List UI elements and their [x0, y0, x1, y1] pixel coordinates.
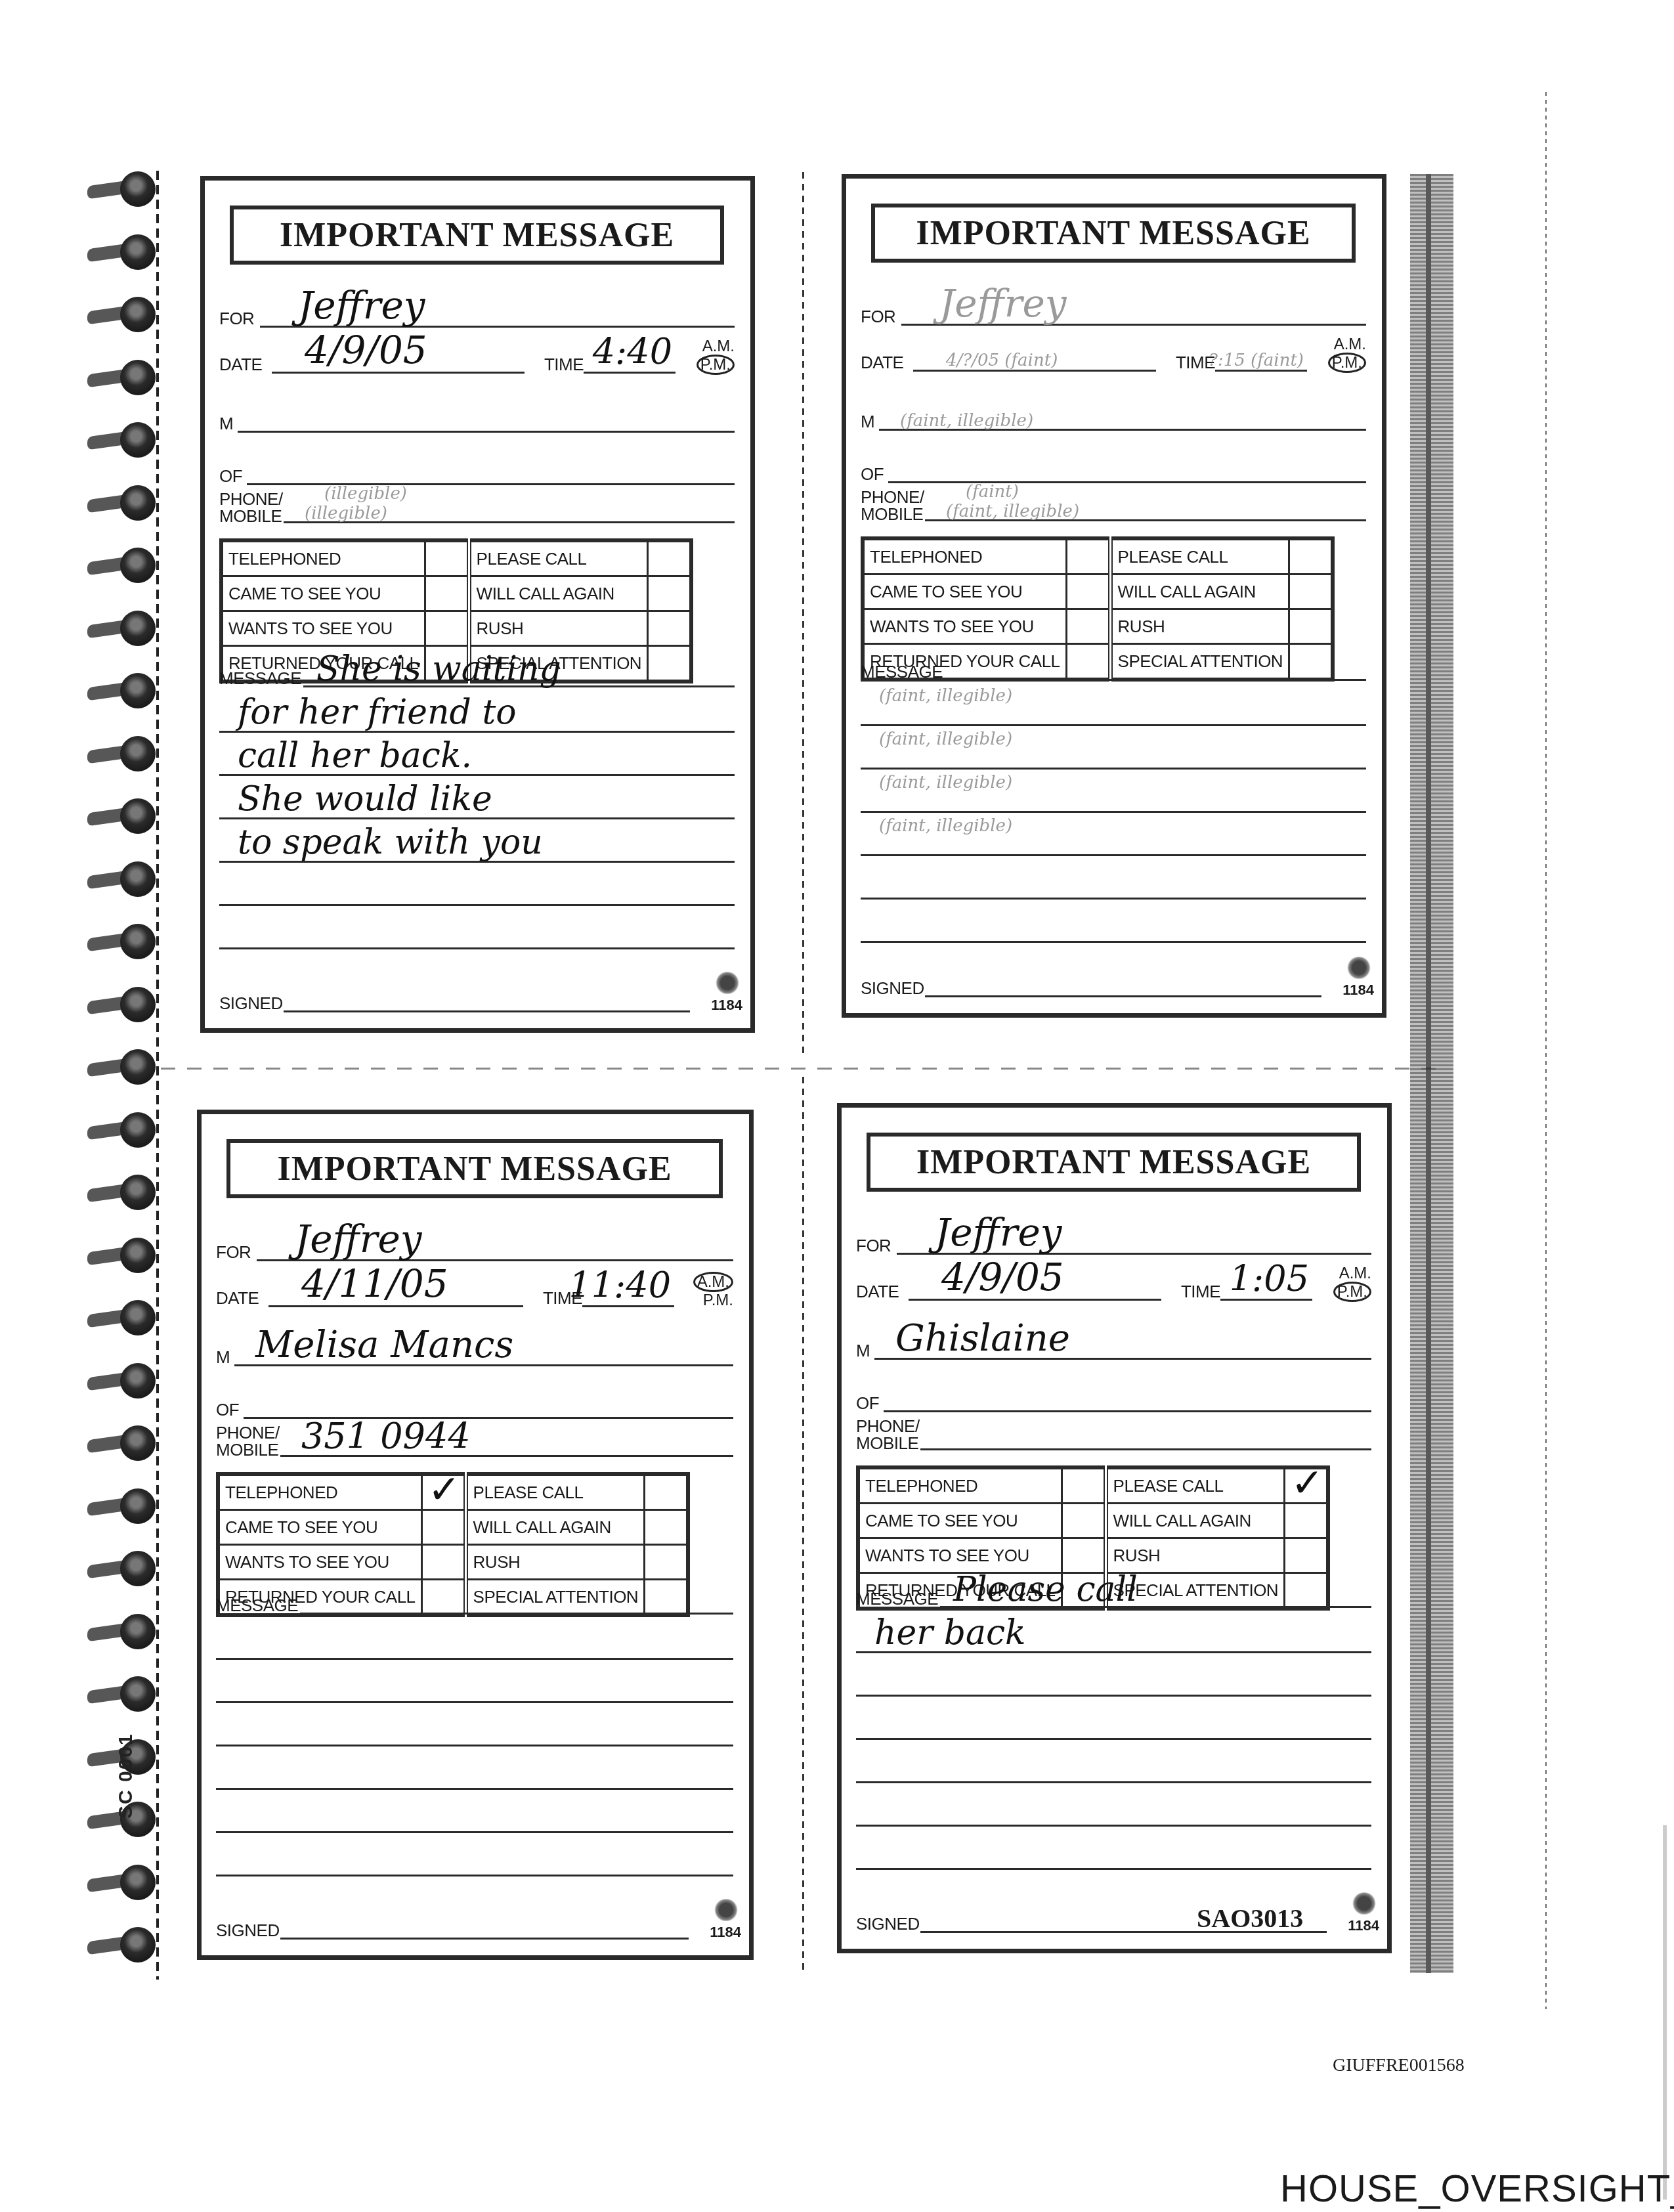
- checkbox-wants-to-see-you[interactable]: [425, 611, 469, 646]
- phone-value: (illegible): [305, 504, 387, 523]
- am-pm-indicator: A.M. P.M.: [1328, 336, 1366, 373]
- bates-giuffre: GIUFFRE001568: [1333, 2055, 1465, 2076]
- option-label: WILL CALL AGAIN: [1105, 1504, 1285, 1538]
- phone-field: PHONE/MOBILE 351 0944: [216, 1415, 733, 1461]
- slip-title: IMPORTANT MESSAGE: [280, 216, 674, 255]
- phone-mobile-label: PHONE/MOBILE: [216, 1424, 280, 1458]
- m-value: Melisa Mancs: [255, 1324, 513, 1366]
- pm-label: P.M.: [1328, 353, 1366, 373]
- message-rule: [856, 1695, 1371, 1697]
- checkbox-wants-to-see-you[interactable]: [421, 1545, 465, 1580]
- spiral-ring-icon: [82, 607, 161, 649]
- option-label: CAME TO SEE YOU: [863, 575, 1066, 609]
- slip-title: IMPORTANT MESSAGE: [916, 1143, 1311, 1182]
- for-label: FOR: [856, 1236, 891, 1256]
- phone-field: PHONE/MOBILE: [856, 1408, 1371, 1454]
- spiral-ring-icon: [82, 1045, 161, 1087]
- checkmark-icon: ✓: [428, 1473, 461, 1506]
- message-slip-top-left: IMPORTANT MESSAGE FOR Jeffrey DATE 4/9/0…: [200, 176, 755, 1033]
- signed-field: SIGNED: [219, 977, 735, 1016]
- spiral-ring-icon: [82, 1359, 161, 1401]
- option-row: WANTS TO SEE YOURUSH: [221, 611, 691, 646]
- message-text-line: (faint, illegible): [879, 816, 1012, 836]
- phone-value: (faint, illegible): [946, 502, 1079, 521]
- option-row: TELEPHONEDPLEASE CALL✓: [858, 1467, 1328, 1504]
- for-label: FOR: [219, 309, 254, 329]
- checkbox-came-to-see-you[interactable]: [425, 576, 469, 611]
- am-label: A.M.: [1333, 1265, 1371, 1282]
- slip-header: IMPORTANT MESSAGE: [230, 206, 724, 265]
- spiral-ring-icon: [82, 732, 161, 774]
- form-number: 1184: [1348, 1917, 1379, 1934]
- printer-logo-icon: [715, 972, 740, 994]
- m-field: M: [219, 397, 735, 437]
- checkmark-icon: ✓: [1291, 1467, 1323, 1500]
- checkbox-telephoned[interactable]: [1062, 1467, 1105, 1504]
- option-label: WANTS TO SEE YOU: [858, 1538, 1062, 1573]
- checkbox-telephoned[interactable]: [425, 540, 469, 576]
- message-text-line: to speak with you: [238, 823, 543, 862]
- date-label: DATE: [216, 1288, 259, 1309]
- signed-label: SIGNED: [219, 993, 283, 1014]
- message-label: MESSAGE: [861, 662, 943, 682]
- option-label: RUSH: [1110, 609, 1289, 644]
- spiral-ring-icon: [82, 669, 161, 711]
- checkbox-please-call[interactable]: [1289, 538, 1333, 575]
- message-rule: [861, 768, 1366, 770]
- binding-edge-line: [156, 171, 159, 1980]
- option-row: CAME TO SEE YOUWILL CALL AGAIN: [221, 576, 691, 611]
- option-label: PLEASE CALL: [465, 1474, 645, 1510]
- date-value: 4/9/05: [305, 328, 427, 372]
- spiral-ring-icon: [82, 1234, 161, 1276]
- checkbox-came-to-see-you[interactable]: [421, 1510, 465, 1545]
- date-value: 4/?/05 (faint): [946, 351, 1058, 370]
- message-label-row: MESSAGE: [216, 1579, 733, 1618]
- message-rule: [861, 724, 1366, 726]
- message-rule: [216, 1788, 733, 1790]
- message-label: MESSAGE: [216, 1595, 298, 1616]
- spiral-ring-icon: [82, 1610, 161, 1652]
- spiral-ring-icon: [82, 1547, 161, 1589]
- option-label: CAME TO SEE YOU: [218, 1510, 421, 1545]
- slip-title: IMPORTANT MESSAGE: [916, 214, 1310, 253]
- option-row: CAME TO SEE YOUWILL CALL AGAIN: [218, 1510, 688, 1545]
- spiral-ring-icon: [82, 1296, 161, 1338]
- spiral-binding: [82, 167, 161, 1980]
- option-label: TELEPHONED: [221, 540, 425, 576]
- option-label: TELEPHONED: [863, 538, 1066, 575]
- option-label: PLEASE CALL: [1110, 538, 1289, 575]
- checkbox-will-call-again[interactable]: [648, 576, 692, 611]
- option-row: CAME TO SEE YOUWILL CALL AGAIN: [858, 1504, 1328, 1538]
- printer-logo-icon: [1346, 957, 1371, 979]
- slip-header: IMPORTANT MESSAGE: [226, 1139, 723, 1198]
- pm-label: P.M.: [1333, 1282, 1371, 1302]
- message-text-line: call her back.: [238, 736, 472, 775]
- phone-mobile-label: PHONE/MOBILE: [856, 1418, 920, 1452]
- printer-logo-icon: [1352, 1892, 1377, 1915]
- message-rule: [861, 811, 1366, 813]
- form-number: 1184: [711, 997, 742, 1014]
- printer-logo-icon: [714, 1899, 739, 1921]
- message-rule: [216, 1658, 733, 1660]
- option-label: CAME TO SEE YOU: [858, 1504, 1062, 1538]
- signed-field: SIGNED: [861, 962, 1366, 1001]
- time-value: 4:40: [593, 331, 672, 372]
- spiral-ring-icon: [82, 920, 161, 962]
- date-label: DATE: [219, 355, 262, 375]
- option-label: WANTS TO SEE YOU: [221, 611, 425, 646]
- date-time-field: DATE 4/9/05 TIME 1:05 A.M. P.M.: [856, 1265, 1371, 1305]
- for-label: FOR: [861, 307, 895, 327]
- m-value: (faint, illegible): [900, 411, 1033, 431]
- scan-edge-line: [1545, 92, 1547, 2009]
- message-rule: [856, 1868, 1371, 1870]
- message-slip-bottom-right: IMPORTANT MESSAGE FOR Jeffrey DATE 4/9/0…: [837, 1103, 1392, 1953]
- spiral-ring-icon: [82, 983, 161, 1025]
- spiral-ring-icon: [82, 293, 161, 335]
- scan-edge-bar: [1663, 1825, 1667, 2200]
- message-rule: [861, 941, 1366, 943]
- m-value: Ghislaine: [895, 1317, 1070, 1360]
- m-label: M: [856, 1341, 870, 1361]
- option-label: RUSH: [465, 1545, 645, 1580]
- option-label: PLEASE CALL: [1105, 1467, 1285, 1504]
- spiral-ring-icon: [82, 481, 161, 523]
- option-label: PLEASE CALL: [469, 540, 648, 576]
- option-label: WILL CALL AGAIN: [1110, 575, 1289, 609]
- m-field: M (faint, illegible): [861, 395, 1366, 435]
- date-label: DATE: [861, 353, 903, 373]
- for-field: FOR Jeffrey: [219, 292, 735, 332]
- signed-field: SIGNED: [216, 1904, 733, 1943]
- signed-label: SIGNED: [856, 1914, 920, 1934]
- checkbox-please-call[interactable]: ✓: [1285, 1467, 1329, 1504]
- horizontal-perforation: [161, 1068, 1448, 1070]
- date-value: 4/11/05: [301, 1261, 448, 1306]
- for-field: FOR Jeffrey: [861, 290, 1366, 330]
- m-field: M Melisa Mancs: [216, 1331, 733, 1370]
- option-label: WANTS TO SEE YOU: [218, 1545, 421, 1580]
- message-text-line: her back: [874, 1613, 1026, 1653]
- checkbox-wants-to-see-you[interactable]: [1062, 1538, 1105, 1573]
- m-label: M: [216, 1347, 230, 1368]
- spiral-ring-icon: [82, 356, 161, 398]
- pm-label: P.M.: [693, 1292, 733, 1309]
- am-label: A.M.: [1328, 336, 1366, 353]
- slip-header: IMPORTANT MESSAGE: [867, 1133, 1361, 1192]
- spiral-ring-icon: [82, 1672, 161, 1714]
- message-slip-bottom-left: IMPORTANT MESSAGE FOR Jeffrey DATE 4/11/…: [197, 1110, 754, 1960]
- phone-field: PHONE/MOBILE (illegible): [219, 481, 735, 527]
- checkbox-rush[interactable]: [648, 611, 692, 646]
- checkbox-please-call[interactable]: [645, 1474, 689, 1510]
- date-time-field: DATE 4/9/05 TIME 4:40 A.M. P.M.: [219, 338, 735, 378]
- message-label: MESSAGE: [219, 668, 301, 689]
- message-slip-top-right: IMPORTANT MESSAGE FOR Jeffrey DATE 4/?/0…: [842, 174, 1386, 1018]
- bates-house-oversight: HOUSE_OVERSIGHT_014254: [1280, 2167, 1674, 2211]
- for-field: FOR Jeffrey: [856, 1219, 1371, 1259]
- exhibit-stamp: SAO3013: [1197, 1903, 1303, 1934]
- message-rule: [216, 1831, 733, 1833]
- option-row: WANTS TO SEE YOURUSH: [218, 1545, 688, 1580]
- option-row: TELEPHONEDPLEASE CALL: [863, 538, 1333, 575]
- am-pm-indicator: A.M. P.M.: [697, 338, 735, 375]
- option-label: WILL CALL AGAIN: [465, 1510, 645, 1545]
- spiral-stamp: SC 0001: [115, 1733, 137, 1819]
- phone-mobile-label: PHONE/MOBILE: [861, 488, 924, 523]
- for-value: Jeffrey: [939, 281, 1066, 326]
- spiral-ring-icon: [82, 794, 161, 836]
- option-label: TELEPHONED: [218, 1474, 421, 1510]
- date-time-field: DATE 4/11/05 TIME 11:40 A.M. P.M.: [216, 1272, 733, 1311]
- message-rule: [216, 1701, 733, 1703]
- message-text-line: She would like: [238, 779, 492, 819]
- message-rule: [861, 854, 1366, 856]
- option-row: TELEPHONED✓PLEASE CALL: [218, 1474, 688, 1510]
- message-rule: [219, 947, 735, 949]
- phone-field: PHONE/MOBILE (faint, illegible): [861, 479, 1366, 525]
- for-label: FOR: [216, 1242, 251, 1263]
- checkbox-please-call[interactable]: [648, 540, 692, 576]
- option-label: RUSH: [1105, 1538, 1285, 1573]
- vertical-separator-bottom: [802, 1077, 804, 1973]
- time-value: 1:05: [1230, 1258, 1309, 1299]
- checkbox-wants-to-see-you[interactable]: [1066, 609, 1110, 644]
- spiral-ring-icon: [82, 1421, 161, 1464]
- for-value: Jeffrey: [298, 283, 425, 328]
- spiral-ring-icon: [82, 167, 161, 209]
- pm-label: P.M.: [697, 355, 735, 375]
- signed-label: SIGNED: [861, 978, 924, 999]
- date-label: DATE: [856, 1282, 899, 1302]
- for-field: FOR Jeffrey: [216, 1226, 733, 1265]
- spiral-ring-icon: [82, 1861, 161, 1903]
- option-row: WANTS TO SEE YOURUSH: [858, 1538, 1328, 1573]
- signed-label: SIGNED: [216, 1920, 280, 1941]
- message-rule: [216, 1745, 733, 1746]
- checkbox-will-call-again[interactable]: [1285, 1504, 1329, 1538]
- time-label: TIME: [544, 355, 584, 375]
- phone-mobile-label: PHONE/MOBILE: [219, 490, 283, 525]
- spiral-ring-icon: [82, 1171, 161, 1213]
- form-number: 1184: [1342, 982, 1374, 999]
- checkbox-will-call-again[interactable]: [1289, 575, 1333, 609]
- time-value: ?:15 (faint): [1209, 351, 1304, 370]
- message-rule: [856, 1825, 1371, 1827]
- option-label: CAME TO SEE YOU: [221, 576, 425, 611]
- option-row: CAME TO SEE YOUWILL CALL AGAIN: [863, 575, 1333, 609]
- spiral-ring-icon: [82, 857, 161, 900]
- for-value: Jeffrey: [935, 1210, 1062, 1255]
- vertical-separator-top: [802, 172, 804, 1058]
- message-rule: [216, 1875, 733, 1876]
- option-label: WANTS TO SEE YOU: [863, 609, 1066, 644]
- checkbox-came-to-see-you[interactable]: [1066, 575, 1110, 609]
- checkbox-came-to-see-you[interactable]: [1062, 1504, 1105, 1538]
- am-pm-indicator: A.M. P.M.: [1333, 1265, 1371, 1302]
- phone-value: 351 0944: [301, 1416, 471, 1457]
- option-label: WILL CALL AGAIN: [469, 576, 648, 611]
- m-label: M: [219, 414, 233, 434]
- message-rule: [856, 1738, 1371, 1740]
- checkbox-rush[interactable]: [1289, 609, 1333, 644]
- message-text-line: She is waiting: [316, 649, 561, 689]
- message-text-line: (faint, illegible): [879, 729, 1012, 749]
- checkbox-rush[interactable]: [1285, 1538, 1329, 1573]
- message-rule: [861, 898, 1366, 900]
- slip-header: IMPORTANT MESSAGE: [871, 204, 1356, 263]
- spiral-ring-icon: [82, 544, 161, 586]
- spiral-ring-icon: [82, 418, 161, 460]
- for-value: Jeffrey: [295, 1217, 421, 1261]
- time-label: TIME: [1181, 1282, 1220, 1302]
- message-text-line: for her friend to: [238, 693, 517, 732]
- m-label: M: [861, 412, 874, 432]
- checkbox-telephoned[interactable]: ✓: [421, 1474, 465, 1510]
- message-label-row: MESSAGE: [861, 645, 1366, 685]
- message-text-line: (faint, illegible): [879, 686, 1012, 706]
- message-text-line: Please call: [953, 1570, 1138, 1609]
- spiral-ring-icon: [82, 1485, 161, 1527]
- m-field: M Ghislaine: [856, 1324, 1371, 1364]
- message-text-line: (faint, illegible): [879, 773, 1012, 792]
- checkbox-rush[interactable]: [645, 1545, 689, 1580]
- am-label: A.M.: [697, 338, 735, 355]
- page-edge-shadow: [1410, 174, 1453, 1973]
- spiral-ring-icon: [82, 1923, 161, 1965]
- am-pm-indicator: A.M. P.M.: [693, 1272, 733, 1309]
- checkbox-telephoned[interactable]: [1066, 538, 1110, 575]
- date-time-field: DATE 4/?/05 (faint) TIME ?:15 (faint) A.…: [861, 336, 1366, 376]
- option-row: WANTS TO SEE YOURUSH: [863, 609, 1333, 644]
- spiral-ring-icon: [82, 1108, 161, 1150]
- checkbox-will-call-again[interactable]: [645, 1510, 689, 1545]
- message-rule: [219, 904, 735, 906]
- message-rule: [856, 1781, 1371, 1783]
- message-label: MESSAGE: [856, 1589, 938, 1609]
- option-label: RUSH: [469, 611, 648, 646]
- time-value: 11:40: [569, 1265, 671, 1306]
- am-label: A.M.: [693, 1272, 733, 1292]
- slip-title: IMPORTANT MESSAGE: [277, 1150, 672, 1188]
- date-value: 4/9/05: [941, 1255, 1064, 1299]
- spiral-ring-icon: [82, 230, 161, 272]
- option-row: TELEPHONEDPLEASE CALL: [221, 540, 691, 576]
- option-label: TELEPHONED: [858, 1467, 1062, 1504]
- form-number: 1184: [710, 1924, 741, 1941]
